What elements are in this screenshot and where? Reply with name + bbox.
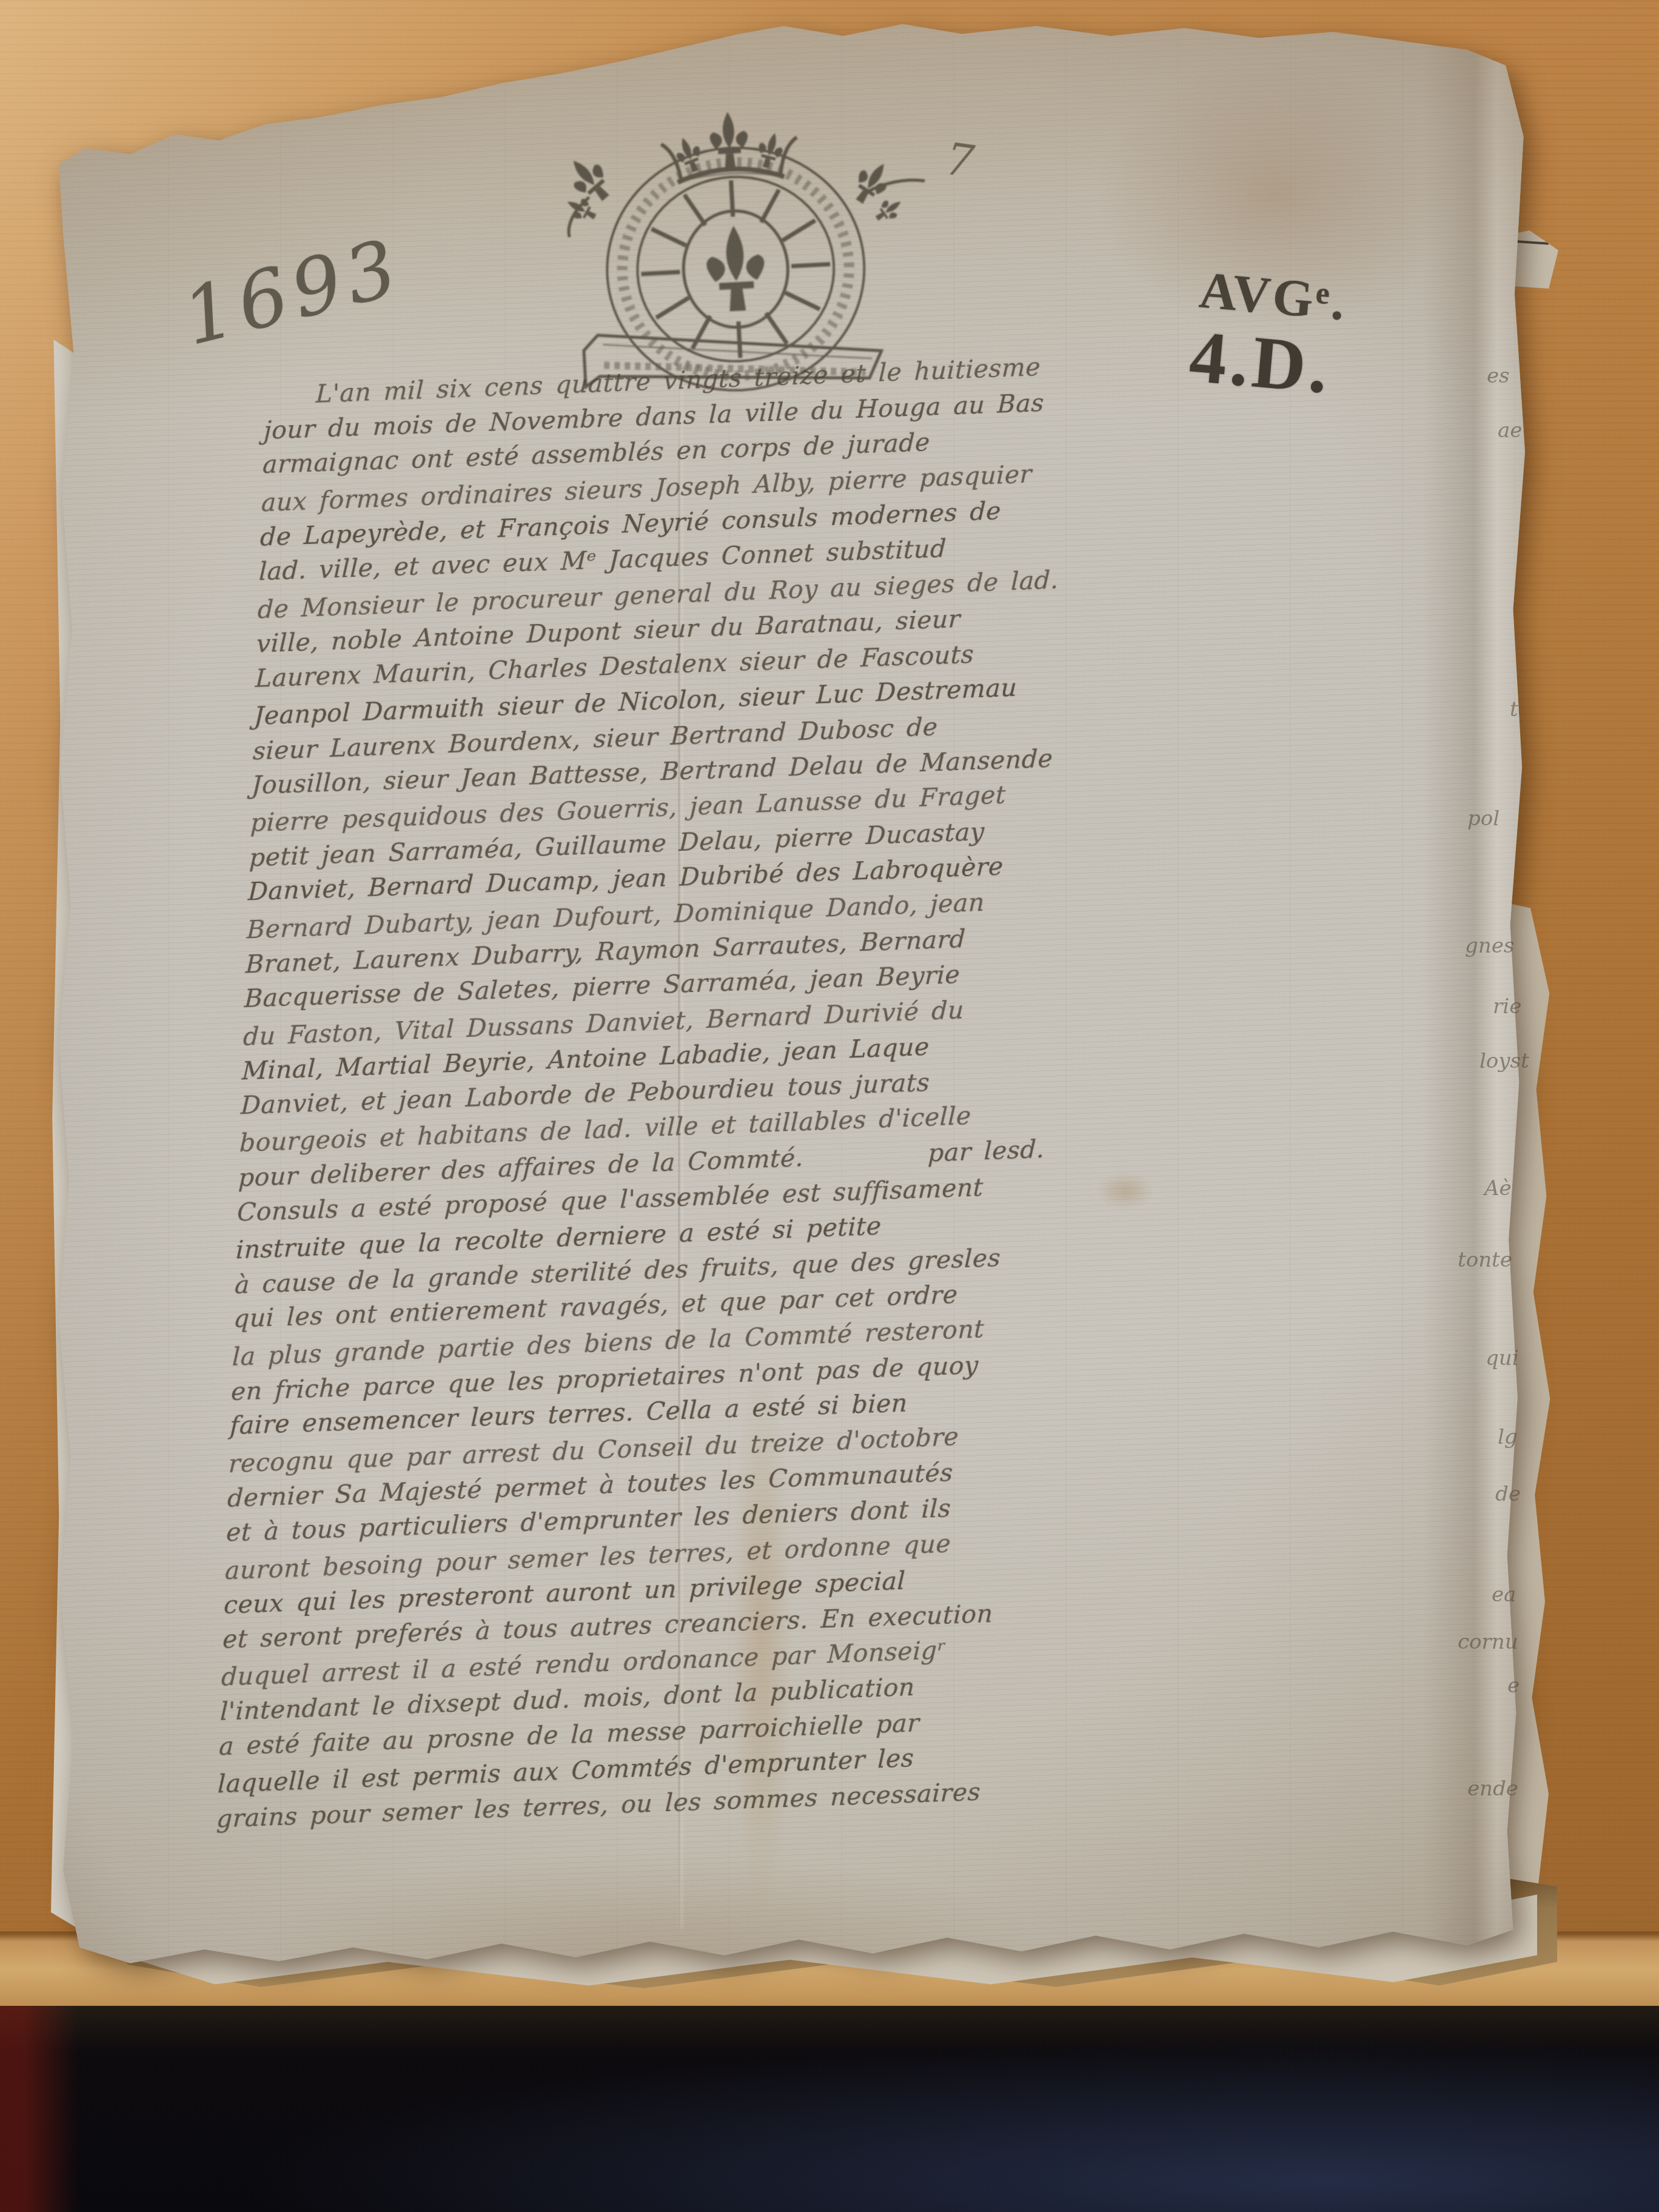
margin-ink-fragment: t bbox=[1510, 697, 1518, 722]
margin-ink-fragment: gnes bbox=[1465, 934, 1514, 958]
dark-floor-shadow bbox=[0, 2006, 1659, 2212]
margin-ink-fragment: e bbox=[1507, 1674, 1520, 1698]
margin-ink-fragment: de bbox=[1495, 1482, 1521, 1506]
margin-ink-fragment: ea bbox=[1492, 1583, 1516, 1607]
margin-ink-fragment: rie bbox=[1493, 994, 1521, 1019]
margin-ink-fragment: cornu bbox=[1458, 1630, 1518, 1654]
photograph-of-1693-manuscript: { "annotations": { "year_mark": "1693", … bbox=[0, 0, 1659, 2212]
margin-ink-fragment: pol bbox=[1467, 806, 1500, 831]
margin-ink-fragment: lg bbox=[1498, 1425, 1518, 1449]
margin-ink-fragment: Aè bbox=[1484, 1176, 1512, 1201]
margin-ink-fragment: loyst bbox=[1480, 1049, 1529, 1073]
margin-ink-fragment: ende bbox=[1467, 1777, 1518, 1801]
margin-ink-fragment: tonte bbox=[1458, 1248, 1512, 1272]
margin-ink-fragment: qui bbox=[1486, 1346, 1519, 1370]
margin-ink-fragment: es bbox=[1487, 364, 1510, 388]
manuscript-text-block: L'an mil six cens quattre vingts treize … bbox=[216, 333, 1484, 1837]
margin-ink-fragment: ae bbox=[1498, 418, 1522, 443]
